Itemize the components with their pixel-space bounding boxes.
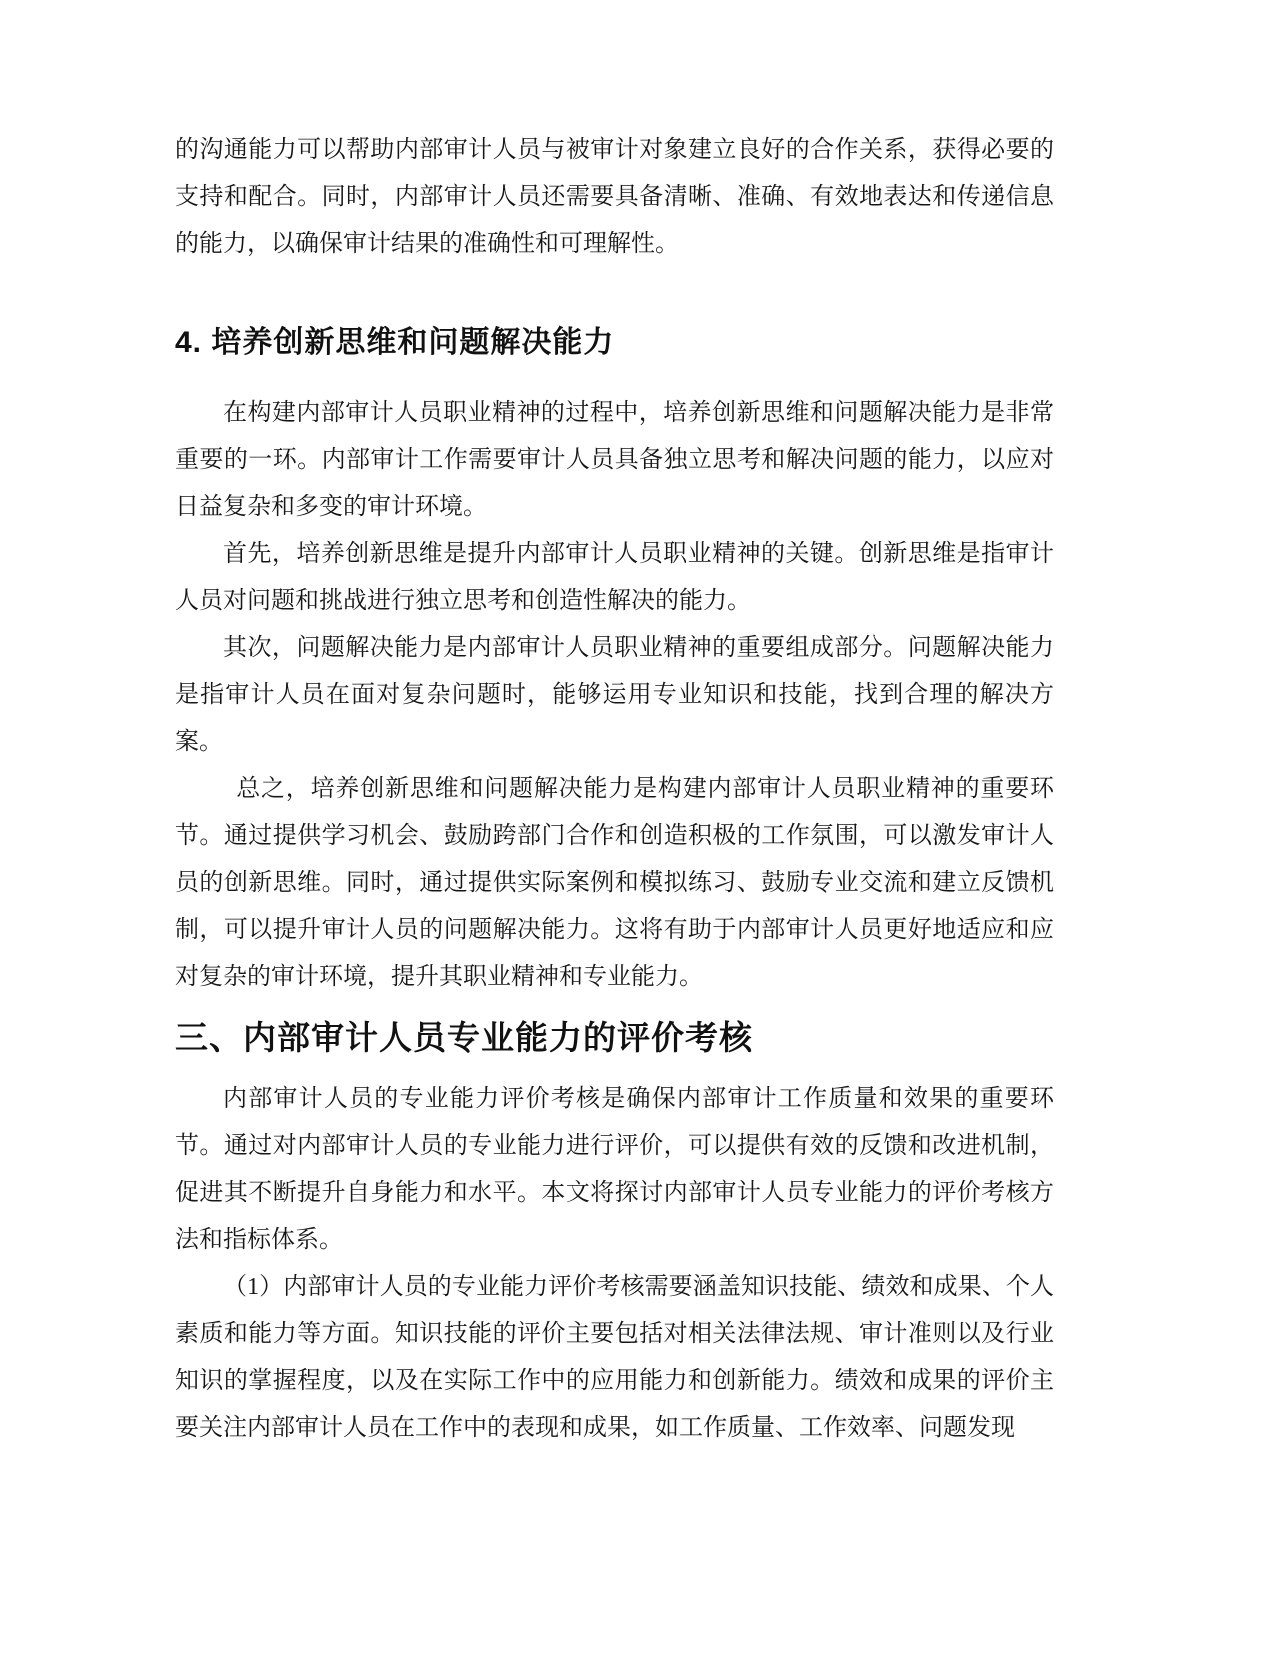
leading-paragraph: 的沟通能力可以帮助内部审计人员与被审计对象建立良好的合作关系，获得必要的支持和配… bbox=[175, 127, 1054, 268]
section4-paragraph-2: 首先，培养创新思维是提升内部审计人员职业精神的关键。创新思维是指审计人员对问题和… bbox=[175, 531, 1054, 625]
section4-paragraph-4: 总之，培养创新思维和问题解决能力是构建内部审计人员职业精神的重要环节。通过提供学… bbox=[175, 766, 1054, 1001]
section3-chapter-heading: 三、内部审计人员专业能力的评价考核 bbox=[175, 1017, 1054, 1058]
section3-paragraph-1: 内部审计人员的专业能力评价考核是确保内部审计工作质量和效果的重要环节。通过对内部… bbox=[175, 1076, 1054, 1264]
section3-paragraph-2: （1）内部审计人员的专业能力评价考核需要涵盖知识技能、绩效和成果、个人素质和能力… bbox=[175, 1264, 1054, 1452]
document-page: 的沟通能力可以帮助内部审计人员与被审计对象建立良好的合作关系，获得必要的支持和配… bbox=[0, 0, 1280, 1656]
section4-paragraph-3: 其次，问题解决能力是内部审计人员职业精神的重要组成部分。问题解决能力是指审计人员… bbox=[175, 625, 1054, 766]
section4-heading: 4. 培养创新思维和问题解决能力 bbox=[175, 324, 1054, 362]
text-column: 的沟通能力可以帮助内部审计人员与被审计对象建立良好的合作关系，获得必要的支持和配… bbox=[0, 0, 1280, 1452]
section4-paragraph-1: 在构建内部审计人员职业精神的过程中，培养创新思维和问题解决能力是非常重要的一环。… bbox=[175, 390, 1054, 531]
